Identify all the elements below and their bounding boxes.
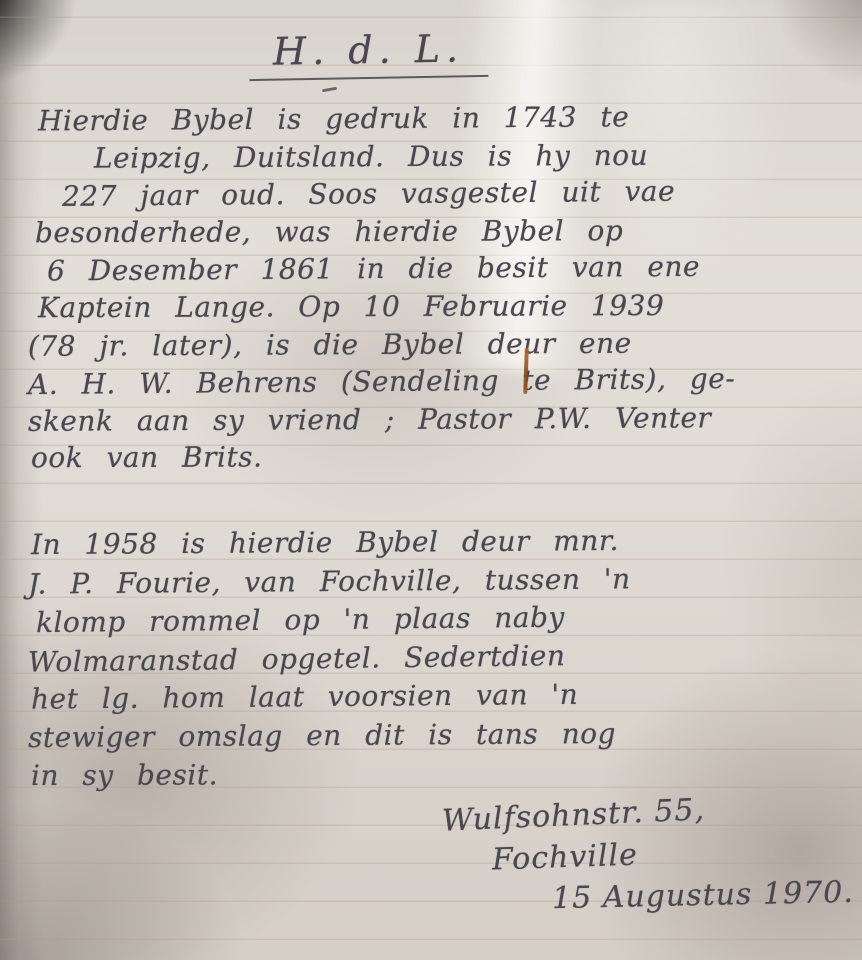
closing-date: 15 Augustus 1970. (552, 875, 854, 916)
handwritten-line: 6 Desember 1861 in die besit van ene (47, 248, 736, 290)
paragraph-2: In 1958 is hierdie Bybel deur mnr. J. P.… (28, 524, 631, 794)
document-title: H. d. L. (249, 26, 489, 81)
paragraph-1: Hierdie Bybel is gedruk in 1743 te Leipz… (28, 100, 735, 476)
handwritten-line: A. H. W. Behrens (Sendeling te Brits), g… (28, 360, 736, 404)
handwritten-line: Wolmaranstad opgetel. Sedertdien (28, 636, 631, 682)
pencil-dash-mark (322, 87, 337, 93)
closing-address-town: Fochville (491, 837, 638, 877)
handwritten-line: J. P. Fourie, van Fochville, tussen 'n (28, 560, 631, 604)
handwritten-line: klomp rommel op 'n plaas naby (36, 598, 631, 643)
handwritten-line: besonderhede, was hierdie Bybel op (35, 212, 735, 252)
handwritten-line: skenk aan sy vriend ; Pastor P.W. Venter (28, 399, 735, 440)
handwritten-line: (78 jr. later), is die Bybel deur ene (28, 324, 735, 365)
title-row: H. d. L. (0, 28, 862, 79)
handwritten-line: In 1958 is hierdie Bybel deur mnr. (31, 522, 631, 565)
handwritten-line: ook van Brits. (31, 437, 735, 477)
handwritten-line: het lg. hom laat voorsien van 'n (31, 676, 631, 720)
handwritten-line: 227 jaar oud. Soos vasgestel uit vae (62, 172, 736, 215)
handwritten-line: Kaptein Lange. Op 10 Februarie 1939 (38, 287, 735, 327)
handwritten-document-photo: H. d. L. Hierdie Bybel is gedruk in 1743… (0, 0, 862, 960)
handwritten-line: Hierdie Bybel is gedruk in 1743 te (38, 98, 736, 140)
handwritten-line: Leipzig, Duitsland. Dus is hy nou (94, 136, 735, 177)
handwritten-line: stewiger omslag en dit is tans nog (28, 715, 631, 758)
closing-address-street: Wulfsohnstr. 55, (441, 792, 705, 838)
handwritten-line: in sy besit. (31, 755, 631, 796)
